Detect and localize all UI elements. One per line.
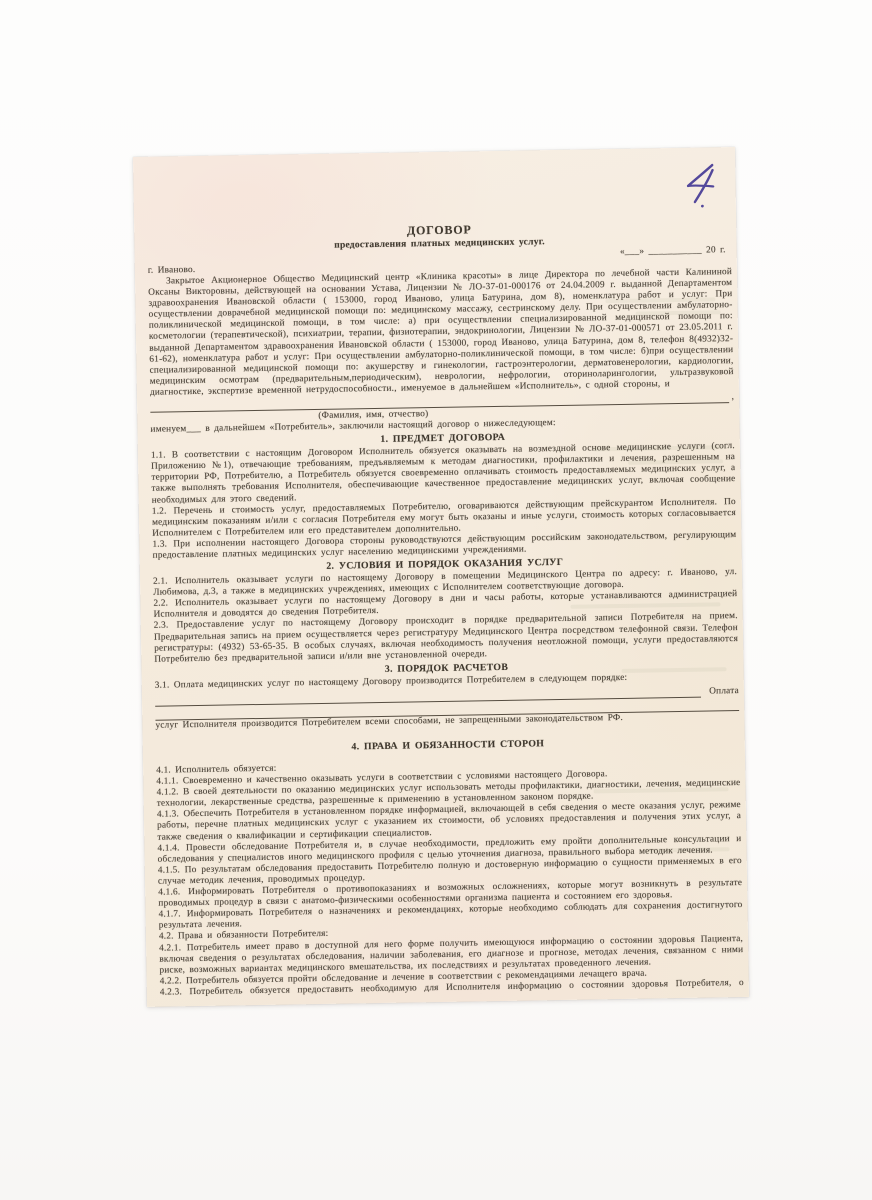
- trailing-comma: ,: [729, 392, 734, 403]
- scanned-document-screenshot: ДОГОВОР предоставления платных медицинск…: [0, 0, 872, 1200]
- handwritten-page-number: [679, 157, 726, 217]
- contract-page: ДОГОВОР предоставления платных медицинск…: [133, 147, 749, 1007]
- clause-1-1: 1.1. В соответствии с настоящим Договоро…: [151, 441, 736, 506]
- clause-2-3: 2.3. Предоставление услуг по настоящему …: [154, 611, 739, 665]
- section-4-heading: 4. ПРАВА И ОБЯЗАННОСТИ СТОРОН: [156, 735, 740, 757]
- intro-paragraph: Закрытое Акционерное Общество Медицински…: [148, 267, 734, 399]
- handwritten-4-icon: [680, 157, 727, 212]
- payment-word: Оплата: [701, 686, 739, 698]
- contract-text-area: ДОГОВОР предоставления платных медицинск…: [147, 219, 744, 999]
